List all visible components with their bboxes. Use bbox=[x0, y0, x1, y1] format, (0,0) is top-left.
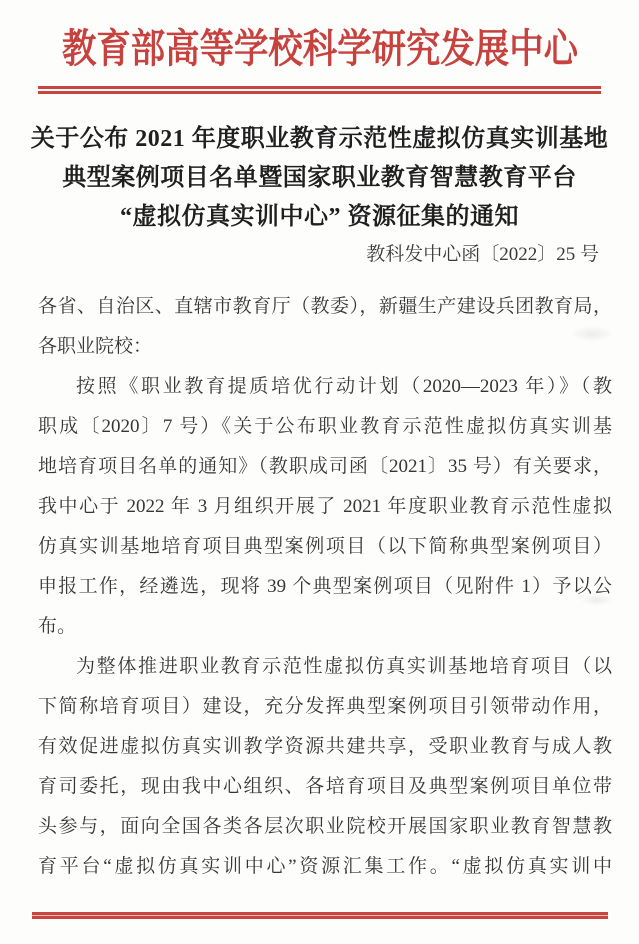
body-line: 育平台“虚拟仿真实训中心”资源汇集工作。“虚拟仿真实训中 bbox=[38, 847, 612, 887]
body-line: 地培育项目名单的通知》（教职成司函〔2021〕35 号）有关要求， bbox=[38, 447, 612, 487]
notice-body: 各省、自治区、直辖市教育厅（教委），新疆生产建设兵团教育局， 各职业院校： 按照… bbox=[38, 287, 612, 887]
body-line: 各职业院校： bbox=[38, 327, 612, 367]
notice-title-line: 关于公布 2021 年度职业教育示范性虚拟仿真实训基地 bbox=[0, 120, 639, 159]
body-line: 仿真实训基地培育项目典型案例项目（以下简称典型案例项目） bbox=[38, 527, 612, 567]
body-line: 申报工作，经遴选，现将 39 个典型案例项目（见附件 1）予以公 bbox=[38, 567, 612, 607]
letterhead-double-rule bbox=[38, 86, 601, 94]
notice-title-line: 典型案例项目名单暨国家职业教育智慧教育平台 bbox=[0, 159, 639, 198]
body-line: 我中心于 2022 年 3 月组织开展了 2021 年度职业教育示范性虚拟 bbox=[38, 487, 612, 527]
letterhead-org-name-text: 教育部高等学校科学研究发展中心 bbox=[62, 24, 578, 74]
doc-number: 教科发中心函〔2022〕25 号 bbox=[0, 241, 639, 269]
body-paragraph: 按照《职业教育提质培优行动计划（2020—2023 年）》（教 职成〔2020〕… bbox=[38, 367, 612, 647]
body-line: 下简称培育项目）建设，充分发挥典型案例项目引领带动作用， bbox=[38, 687, 612, 727]
body-line: 头参与，面向全国各类各层次职业院校开展国家职业教育智慧教 bbox=[38, 807, 612, 847]
body-line: 各省、自治区、直辖市教育厅（教委），新疆生产建设兵团教育局， bbox=[38, 287, 612, 327]
body-line: 按照《职业教育提质培优行动计划（2020—2023 年）》（教 bbox=[38, 367, 612, 407]
body-line: 职成〔2020〕7 号）《关于公布职业教育示范性虚拟仿真实训基 bbox=[38, 407, 612, 447]
salutation-paragraph: 各省、自治区、直辖市教育厅（教委），新疆生产建设兵团教育局， 各职业院校： bbox=[38, 287, 612, 367]
body-line: 有效促进虚拟仿真实训教学资源共建共享，受职业教育与成人教 bbox=[38, 727, 612, 767]
body-line: 为整体推进职业教育示范性虚拟仿真实训基地培育项目（以 bbox=[38, 647, 612, 687]
letterhead-org-name: 教育部高等学校科学研究发展中心 bbox=[0, 0, 639, 74]
body-paragraph: 为整体推进职业教育示范性虚拟仿真实训基地培育项目（以 下简称培育项目）建设，充分… bbox=[38, 647, 612, 887]
body-line: 布。 bbox=[38, 607, 612, 647]
footer-double-rule bbox=[32, 912, 608, 919]
body-line: 育司委托，现由我中心组织、各培育项目及典型案例项目单位带 bbox=[38, 767, 612, 807]
scanned-document-page: 教育部高等学校科学研究发展中心 关于公布 2021 年度职业教育示范性虚拟仿真实… bbox=[0, 0, 639, 944]
notice-title-line: “虚拟仿真实训中心” 资源征集的通知 bbox=[0, 198, 639, 237]
notice-title: 关于公布 2021 年度职业教育示范性虚拟仿真实训基地 典型案例项目名单暨国家职… bbox=[0, 120, 639, 237]
